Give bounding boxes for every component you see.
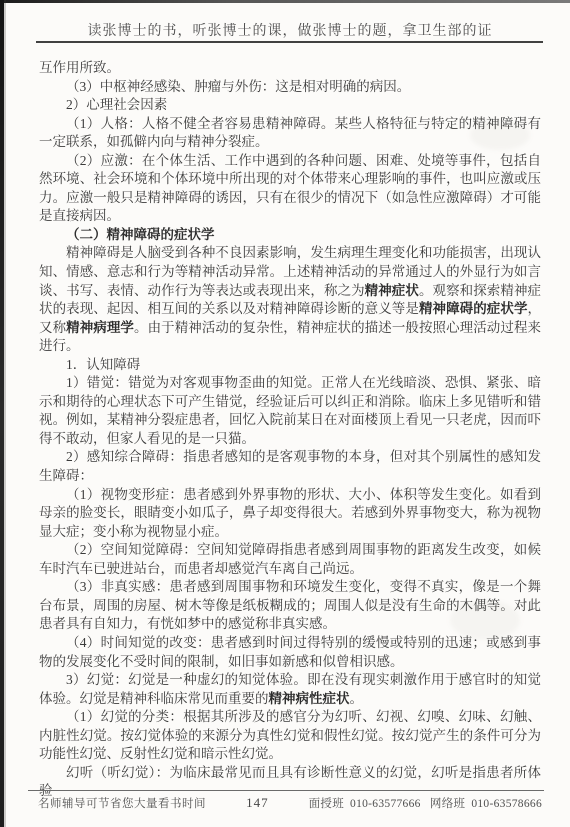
footer-contact-label-2: 网络班 — [430, 798, 465, 810]
paragraph: （二）精神障碍的症状学 — [39, 226, 541, 245]
footer-contact-phone-1: 010-63577666 — [350, 798, 421, 810]
header-slogan: 读张博士的书，听张博士的课，做张博士的题，拿卫生部的证 — [38, 20, 542, 40]
paragraph: （1）幻觉的分类：根据其所涉及的感官分为幻听、幻视、幻嗅、幻味、幻触、内脏性幻觉… — [39, 708, 541, 764]
page-footer: 名师辅导可节省您大量看书时间 147 面授班010-63577666 网络班01… — [38, 795, 542, 811]
paragraph: （1）人格：人格不健全者容易患精神障碍。某些人格特征与特定的精神障碍有一定联系，… — [39, 115, 541, 152]
paragraph: 3）幻觉：幻觉是一种虚幻的知觉体验。即在没有现实刺激作用于感官时的知觉体验。幻觉… — [39, 671, 541, 708]
footer-slogan: 名师辅导可节省您大量看书时间 — [38, 795, 206, 811]
footer-contact-label-1: 面授班 — [309, 798, 344, 810]
paragraph: （3）中枢神经感染、肿瘤与外伤：这是相对明确的病因。 — [39, 78, 541, 97]
scan-smudge — [470, 120, 530, 150]
paragraph: 2）心理社会因素 — [39, 96, 541, 115]
document-body: 互作用所致。（3）中枢神经感染、肿瘤与外伤：这是相对明确的病因。2）心理社会因素… — [39, 59, 541, 801]
scan-edge-top — [0, 0, 570, 3]
paragraph: 1．认知障碍 — [39, 356, 541, 375]
paragraph: 2）感知综合障碍：指患者感知的是客观事物的本身，但对其个别属性的感知发生障碍： — [39, 448, 541, 485]
paragraph: （4）时间知觉的改变：患者感到时间过得特别的缓慢或特别的迅速；或感到事物的发展变… — [39, 634, 541, 671]
scan-edge-left-shadow — [4, 0, 6, 827]
paragraph: 精神障碍是人脑受到各种不良因素影响，发生病理生理变化和功能损害，出现认知、情感、… — [39, 244, 541, 355]
paragraph: （2）空间知觉障碍：空间知觉障碍指患者感到周围事物的距离发生改变，如候车时汽车已… — [39, 541, 541, 578]
page-number: 147 — [206, 795, 309, 811]
paragraph: （1）视物变形症：患者感到外界事物的形状、大小、体积等发生变化。如看到母亲的脸变… — [39, 486, 541, 542]
footer-contact-phone-2: 010-63578666 — [471, 798, 542, 810]
paragraph: （2）应激：在个体生活、工作中遇到的各种问题、困难、处境等事件，包括自然环境、社… — [39, 152, 541, 226]
footer-contact: 面授班010-63577666 网络班010-63578666 — [309, 795, 542, 811]
paragraph: 1）错觉：错觉为对客观事物歪曲的知觉。正常人在光线暗淡、恐惧、紧张、暗示和期待的… — [39, 374, 541, 448]
scan-smudge — [450, 600, 520, 640]
paragraph: 互作用所致。 — [39, 59, 541, 78]
header-rule — [36, 41, 543, 43]
footer-rule — [28, 790, 544, 791]
